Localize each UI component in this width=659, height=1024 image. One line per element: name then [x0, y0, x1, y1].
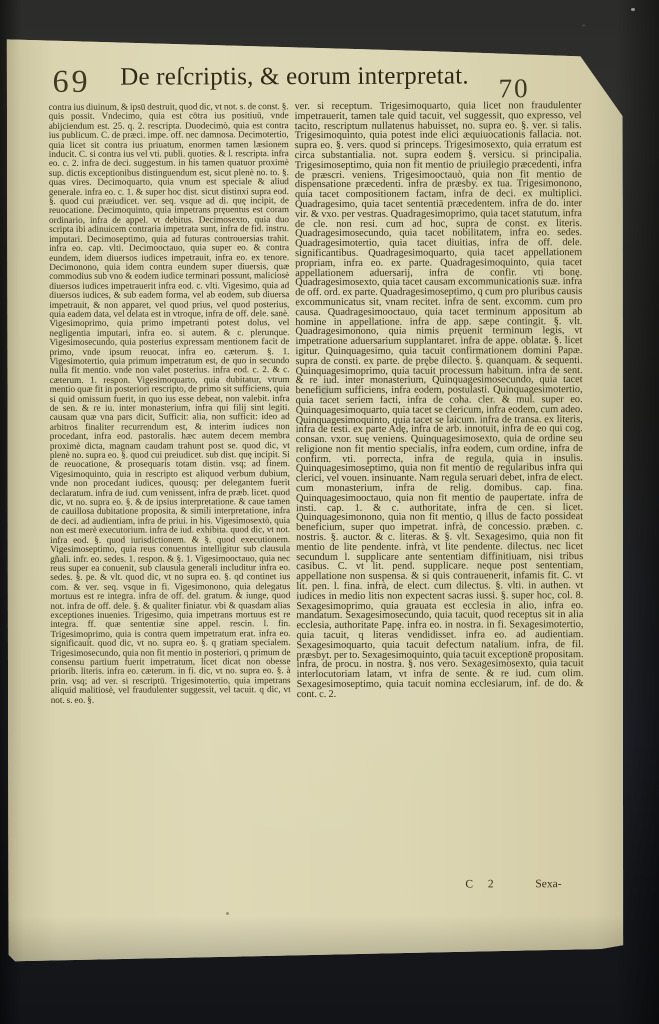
catchword: Sexa- [535, 878, 561, 890]
page-number-left: 69 [52, 63, 90, 100]
signature-mark: C 2 [465, 878, 499, 890]
dust-speck [631, 8, 635, 11]
book-page: 69 De reſcriptis, & eorum interpretat. 7… [4, 35, 625, 963]
text-column-right: ver. si receptum. Trigesimoquarto, quia … [295, 101, 585, 892]
running-title: De reſcriptis, & eorum interpretat. [92, 62, 496, 91]
ink-speck [582, 24, 585, 27]
text-column-left: contra ius diuinum, & ipsū destruit, quo… [49, 102, 292, 893]
margin-smudge [320, 383, 329, 398]
ink-speck [226, 912, 229, 915]
signature-line: C 2 Sexa- [297, 878, 584, 893]
page-number-right: 70 [499, 73, 530, 104]
